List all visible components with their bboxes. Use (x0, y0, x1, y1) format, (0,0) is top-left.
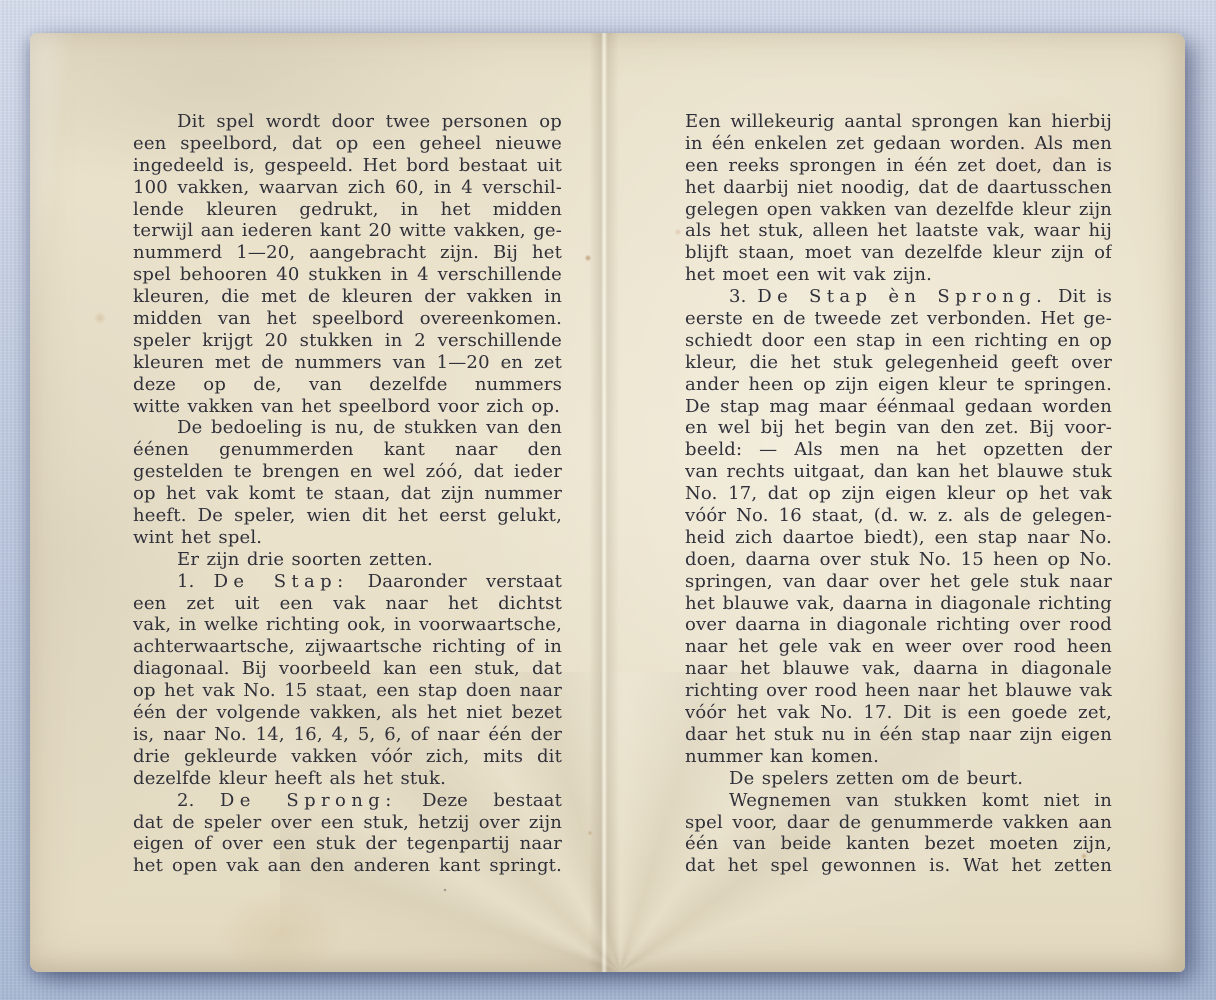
text-line: schiedt door een stap in een richting en… (685, 330, 1112, 352)
text-line: daar het stuk nu in één stap naar zijn e… (685, 724, 1112, 746)
text-line: het open vak aan den anderen kant spring… (133, 855, 562, 877)
text-line: spel voor, daar de genummerde vakken aan (685, 812, 1112, 834)
center-fold-crease (589, 33, 619, 972)
text-line: een reeks sprongen in één zet doet, dan … (685, 155, 1112, 177)
text-line: spel behooren 40 stukken in 4 verschille… (133, 264, 562, 286)
text-line: 3. De Stap èn Sprong. Dit is de (685, 286, 1112, 308)
text-line: De bedoeling is nu, de stukken van den (133, 417, 562, 439)
text-line: terwijl aan iederen kant 20 witte vakken… (133, 220, 562, 242)
text-line: ander heen op zijn eigen kleur te spring… (685, 374, 1112, 396)
emphasized-term: De Sprong: (220, 790, 397, 811)
text-line: gelegen open vakken van dezelfde kleur z… (685, 199, 1112, 221)
text-line: van rechts uitgaat, dan kan het blauwe s… (685, 461, 1112, 483)
text-line: over daarna in diagonale richting over r… (685, 614, 1112, 636)
paper-sheet: Dit spel wordt door twee personen opeen … (30, 33, 1185, 972)
text-line: een speelbord, dat op een geheel nieuwe … (133, 133, 562, 155)
text-line: en wel bij het begin van den zet. Bij vo… (685, 417, 1112, 439)
text-line: achterwaartsche, zijwaartsche richting o… (133, 636, 562, 658)
text-line: nummer kan komen. (685, 746, 1112, 768)
text-line: Dit spel wordt door twee personen op (133, 111, 562, 133)
text-line: Wegnemen van stukken komt niet in het (685, 790, 1112, 812)
text-line: vóór No. 16 staat, (d. w. z. als de gele… (685, 505, 1112, 527)
emphasized-term: De Stap èn Sprong. (757, 286, 1047, 307)
text-line: De spelers zetten om de beurt. (685, 768, 1112, 790)
text-line: heid zich daartoe biedt), een stap naar … (685, 527, 1112, 549)
text-line: in één enkelen zet gedaan worden. Als me… (685, 133, 1112, 155)
text-line: kleuren met de nummers van 1—20 en zet (133, 352, 562, 374)
text-line: als het stuk, alleen het laatste vak, wa… (685, 220, 1112, 242)
text-line: één van beide kanten bezet moeten zijn, … (685, 833, 1112, 855)
left-text-column: Dit spel wordt door twee personen opeen … (133, 111, 562, 901)
text-line: vak, in welke richting ook, in voorwaart… (133, 614, 562, 636)
text-line: blijft staan, moet van dezelfde kleur zi… (685, 242, 1112, 264)
text-line: 2. De Sprong: Deze bestaat daarin, (133, 790, 562, 812)
text-line: nummerd 1—20, aangebracht zijn. Bij het (133, 242, 562, 264)
text-line: naar het blauwe vak, daarna in diagonale (685, 658, 1112, 680)
text-line: witte vakken van het speelbord voor zich… (133, 396, 562, 418)
text-line: op het vak komt te staan, dat zijn numme… (133, 483, 562, 505)
text-line: springen, van daar over het gele stuk na… (685, 571, 1112, 593)
text-line: is, naar No. 14, 16, 4, 5, 6, of naar éé… (133, 724, 562, 746)
text-line: dezelfde kleur heeft als het stuk. (133, 768, 562, 790)
text-line: een zet uit een vak naar het dichtst bij… (133, 593, 562, 615)
text-line: eigen of over een stuk der tegenpartij n… (133, 833, 562, 855)
text-line: naar het gele vak en weer over rood heen (685, 636, 1112, 658)
text-line: kleuren, die met de kleuren der vakken i… (133, 286, 562, 308)
text-line: dat de speler over een stuk, hetzij over… (133, 812, 562, 834)
text-line: Een willekeurig aantal sprongen kan hier… (685, 111, 1112, 133)
text-line: vóór het vak No. 17. Dit is een goede ze… (685, 702, 1112, 724)
emphasized-term: De Stap: (214, 571, 349, 592)
text-line: het moet een wit vak zijn. (685, 264, 1112, 286)
text-line: één der volgende vakken, als het niet be… (133, 702, 562, 724)
text-line: gestelden te brengen en wel zóó, dat ied… (133, 461, 562, 483)
text-line: ingedeeld is, gespeeld. Het bord bestaat… (133, 155, 562, 177)
text-line: dat het spel gewonnen is. Wat het zetten (685, 855, 1112, 877)
text-line: lende kleuren gedrukt, in het midden bev… (133, 199, 562, 221)
text-line: heeft. De speler, wien dit het eerst gel… (133, 505, 562, 527)
text-line: éénen genummerden kant naar den tegenove… (133, 439, 562, 461)
text-line: De stap mag maar éénmaal gedaan worden (685, 396, 1112, 418)
text-line: Er zijn drie soorten zetten. (133, 549, 562, 571)
text-line: diagonaal. Bij voorbeeld kan een stuk, d… (133, 658, 562, 680)
text-line: richting over rood heen naar het blauwe … (685, 680, 1112, 702)
text-line: drie gekleurde vakken vóór zich, mits di… (133, 746, 562, 768)
text-line: deze op de, van dezelfde nummers voorzie… (133, 374, 562, 396)
text-line: doen, daarna over stuk No. 15 heen op No… (685, 549, 1112, 571)
text-line: beeld: — Als men na het opzetten der stu… (685, 439, 1112, 461)
text-line: 100 vakken, waarvan zich 60, in 4 versch… (133, 177, 562, 199)
right-text-column: Een willekeurig aantal sprongen kan hier… (685, 111, 1112, 901)
photo-background: Dit spel wordt door twee personen opeen … (0, 0, 1216, 1000)
text-line: op het vak No. 15 staat, een stap doen n… (133, 680, 562, 702)
text-line: speler krijgt 20 stukken in 2 verschille… (133, 330, 562, 352)
text-line: 1. De Stap: Daaronder verstaat men (133, 571, 562, 593)
text-line: kleur, die het stuk gelegenheid geeft ov… (685, 352, 1112, 374)
text-run: 3. (729, 286, 757, 307)
text-run: 1. (177, 571, 214, 592)
text-line: wint het spel. (133, 527, 562, 549)
text-line: No. 17, dat op zijn eigen kleur op het v… (685, 483, 1112, 505)
text-line: midden van het speelbord overeenkomen. I… (133, 308, 562, 330)
text-line: eerste en de tweede zet verbonden. Het g… (685, 308, 1112, 330)
text-run: 2. (177, 790, 220, 811)
text-line: het blauwe vak, daarna in diagonale rich… (685, 593, 1112, 615)
text-line: het daarbij niet noodig, dat de daartuss… (685, 177, 1112, 199)
